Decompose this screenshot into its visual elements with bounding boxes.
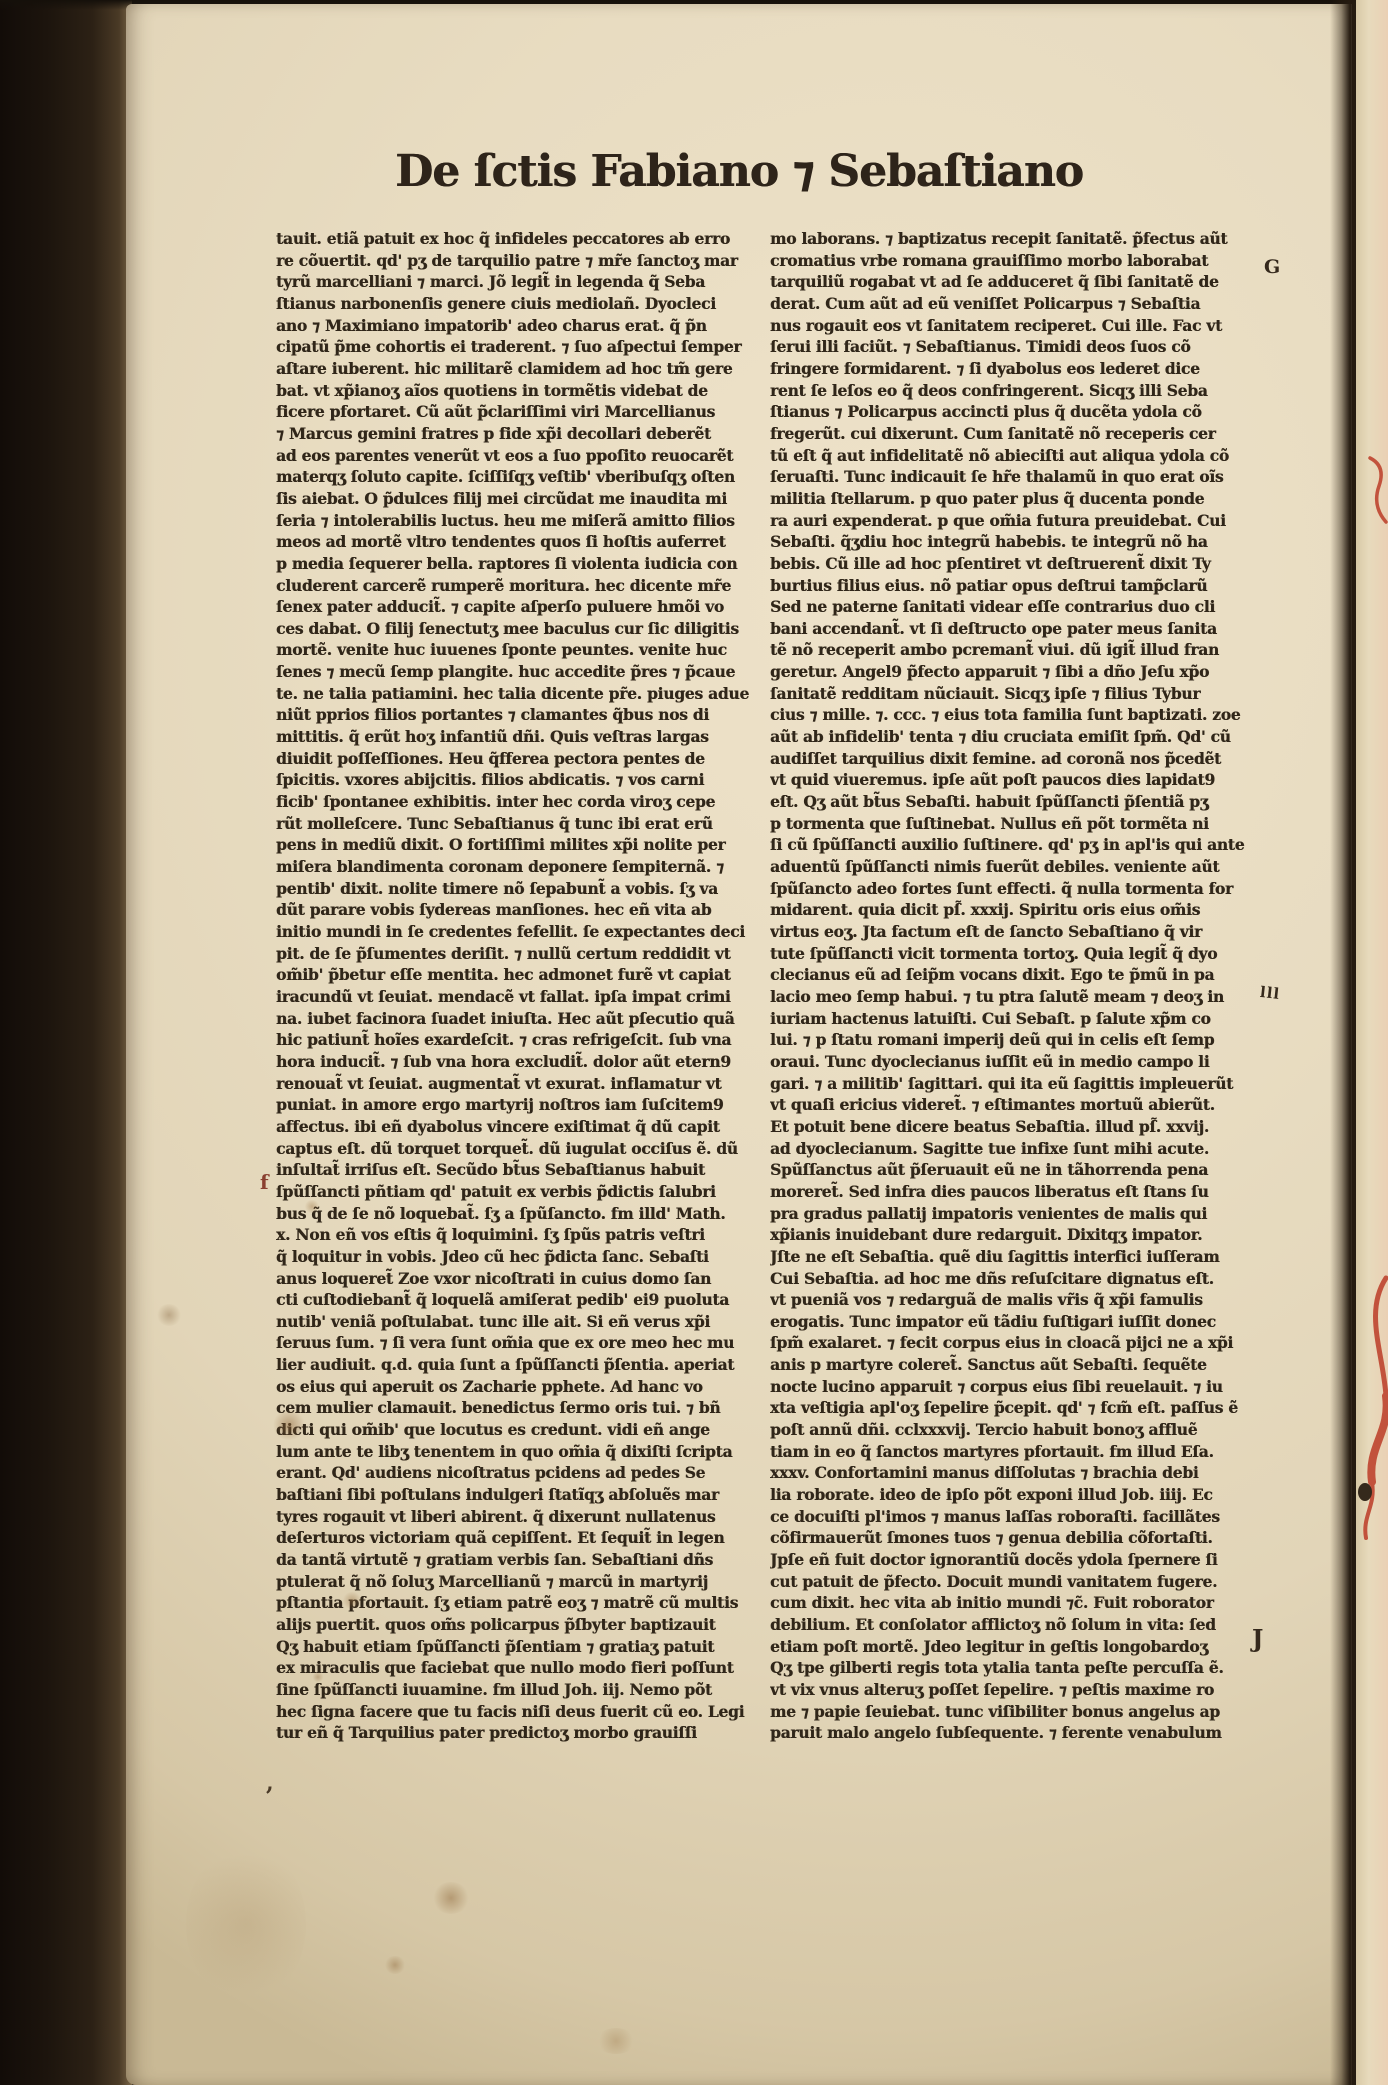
text-line: gari. ⁊ a militib' ſagittari. qui ita eũ… [770, 1073, 1266, 1095]
text-line: mortẽ. venite huc iuuenes ſponte peuntes… [276, 639, 772, 661]
text-line: mo laborans. ⁊ baptizatus recepit ſanita… [770, 228, 1266, 250]
text-line: rent ſe leſos eo q̃ deos confringerent. … [770, 380, 1266, 402]
text-line: ſpm̃ exalaret. ⁊ fecit corpus eius in cl… [770, 1332, 1266, 1354]
text-line: xp̃ianis inuidebant dure redarguit. Dixi… [770, 1224, 1266, 1246]
text-line: ſine ſpũſſancti iuuamine. fm illud Joh. … [276, 1679, 772, 1701]
next-page-sliver [1356, 0, 1388, 2085]
text-line: ſtianus ⁊ Policarpus accincti plus q̃ du… [770, 401, 1266, 423]
text-line: ptulerat q̃ nõ ſoluʒ Marcellianũ ⁊ marcũ… [276, 1571, 772, 1593]
text-line: te. ne talia patiamini. hec talia dicent… [276, 683, 772, 705]
text-line: ces dabat. O filij ſenectutʒ mee baculus… [276, 618, 772, 640]
page-title: De ſctis Fabiano ⁊ Sebaſtiano [126, 146, 1352, 197]
neighbor-page-letter-fragment [1358, 1483, 1372, 1501]
text-line: hora inducit̃. ⁊ ſub vna hora excludit̃.… [276, 1051, 772, 1073]
text-line: ſeria ⁊ intolerabilis luctus. heu me miſ… [276, 510, 772, 532]
text-line: na. iubet facinora ſuadet iniuſta. Hec a… [276, 1008, 772, 1030]
text-line: ſanitatẽ redditam nũciauit. Sicqʒ ipſe ⁊… [770, 683, 1266, 705]
bottom-margin-mark: , [266, 1770, 274, 1796]
text-line: puniat. in amore ergo martyrij noſtros i… [276, 1094, 772, 1116]
text-line: diuidit poſſeſſiones. Heu q̃fferea pecto… [276, 748, 772, 770]
text-line: dicti qui om̃ib' que locutus es credunt.… [276, 1419, 772, 1441]
text-line: Qʒ tpe gilberti regis tota ytalia tanta … [770, 1657, 1266, 1679]
text-line: Qʒ habuit etiam ſpũſſancti p̃ſentiam ⁊ g… [276, 1636, 772, 1658]
text-line: aduentũ ſpũſſancti nimis fuerũt debiles.… [770, 856, 1266, 878]
text-line: erogatis. Tunc impator eũ tãdiu fuſtigar… [770, 1311, 1266, 1333]
text-line: ſpicitis. vxores abijcitis. filios abdic… [276, 769, 772, 791]
text-line: meos ad mortẽ vltro tendentes quos ſi ho… [276, 531, 772, 553]
text-line: materqʒ ſoluto capite. ſciſſiſqʒ veſtib'… [276, 466, 772, 488]
text-line: erant. Qd' audiens nicoſtratus pcidens a… [276, 1462, 772, 1484]
text-line: captus eſt. dũ torquet torquet̃. dũ iugu… [276, 1138, 772, 1160]
text-line: hec ſigna facere que tu facis niſi deus … [276, 1701, 772, 1723]
text-line: lacio meo ſemp habui. ⁊ tu ptra ſalutẽ m… [770, 986, 1266, 1008]
text-line: geretur. Angel9 p̃fecto apparuit ⁊ ſibi … [770, 661, 1266, 683]
text-line: xta veſtigia apl'oʒ ſepelire p̃cepit. qd… [770, 1397, 1266, 1419]
text-line: vt pueniã vos ⁊ redarguã de malis vr̃is … [770, 1289, 1266, 1311]
text-line: iracundũ vt ſeuiat. mendacẽ vt fallat. i… [276, 986, 772, 1008]
text-line: cromatius vrbe romana grauiſſimo morbo l… [770, 250, 1266, 272]
text-line: os eius qui aperuit os Zacharie pphete. … [276, 1376, 772, 1398]
text-line: vt vix vnus alteruʒ poſſet ſepelire. ⁊ p… [770, 1679, 1266, 1701]
text-line: lier audiuit. q.d. quia ſunt a ſpũſſanct… [276, 1354, 772, 1376]
right-margin-note-bottom: J [1252, 1624, 1263, 1653]
text-line: ano ⁊ Maximiano impatorib' adeo charus e… [276, 315, 772, 337]
text-line: militia ſtellarum. p quo pater plus q̃ d… [770, 488, 1266, 510]
text-line: ſtianus narbonenſis genere ciuis mediola… [276, 293, 772, 315]
text-line: ſeruus ſum. ⁊ ſi vera ſunt om̃ia que ex … [276, 1332, 772, 1354]
text-line: cius ⁊ mille. ⁊. ccc. ⁊ eius tota famili… [770, 704, 1266, 726]
text-line: ficib' ſpontanee exhibitis. inter hec co… [276, 791, 772, 813]
text-line: alijs puertit. quos om̃s policarpus p̃ſb… [276, 1614, 772, 1636]
text-line: ficere pfortaret. Cũ aũt p̃clariſſimi vi… [276, 401, 772, 423]
text-line: ce docuiſti pl'imos ⁊ manus laſſas robor… [770, 1506, 1266, 1528]
text-line: tyrũ marcelliani ⁊ marci. Jõ legit̃ in l… [276, 271, 772, 293]
text-line: p media ſequerer bella. raptores ſi viol… [276, 553, 772, 575]
text-line: midarent. quia dicit pſ̃. xxxij. Spiritu… [770, 899, 1266, 921]
stain [432, 1882, 470, 1914]
text-line: moreret̃. Sed infra dies paucos liberatu… [770, 1181, 1266, 1203]
text-line: niũt pprios filios portantes ⁊ clamantes… [276, 704, 772, 726]
text-line: lum ante te libʒ tenentem in quo om̃ia q… [276, 1441, 772, 1463]
text-line: dũt parare vobis ſydereas manſiones. hec… [276, 899, 772, 921]
text-line: pentib' dixit. nolite timere nõ ſepabunt… [276, 878, 772, 900]
text-line: bat. vt xp̃ianoʒ aĩos quotiens in tormẽt… [276, 380, 772, 402]
text-line: nus rogauit eos vt ſanitatem reciperet. … [770, 315, 1266, 337]
text-line: xxxv. Confortamini manus diſſolutas ⁊ br… [770, 1462, 1266, 1484]
stain [384, 1956, 406, 1974]
text-line: rũt molleſcere. Tunc Sebaſtianus q̃ tunc… [276, 813, 772, 835]
text-line: paruit malo angelo ſubſequente. ⁊ ferent… [770, 1722, 1266, 1744]
text-line: tiam in eo q̃ ſanctos martyres pfortauit… [770, 1441, 1266, 1463]
text-line: om̃ib' p̃betur eſſe mentita. hec admonet… [276, 964, 772, 986]
stain [596, 2028, 636, 2054]
text-line: lui. ⁊ p ſtatu romani imperij deũ qui in… [770, 1029, 1266, 1051]
text-line: inſultat̃ irriſus eſt. Secũdo bt̃us Seba… [276, 1159, 772, 1181]
text-column-left: tauit. etiã patuit ex hoc q̃ infideles p… [276, 228, 772, 1754]
text-line: aſtare iuberent. hic militarẽ clamidem a… [276, 358, 772, 380]
text-line: Sebaſti. q̃ʒdiu hoc integrũ habebis. te … [770, 531, 1266, 553]
text-line: cluderent carcerẽ rumperẽ moritura. hec … [276, 575, 772, 597]
text-line: lia roborate. ideo de ipſo põt exponi il… [770, 1484, 1266, 1506]
text-line: anis p martyre coleret̃. Sanctus aũt Seb… [770, 1354, 1266, 1376]
text-line: Jſte ne eſt Sebaſtia. quẽ diu ſagittis i… [770, 1246, 1266, 1268]
text-line: hic patiunt̃ hoĩes exardeſcit. ⁊ cras re… [276, 1029, 772, 1051]
red-pen-flourish [1356, 0, 1388, 2085]
text-line: baſtiani ſibi poſtulans indulgeri ſtatĩq… [276, 1484, 772, 1506]
text-line: x. Non eñ vos eſtis q̃ loquimini. ſʒ ſpũ… [276, 1224, 772, 1246]
text-line: bus q̃ de ſe nõ loquebat̃. ſʒ a ſpũſanct… [276, 1203, 772, 1225]
text-line: ſenex pater adducit̃. ⁊ capite aſperſo p… [276, 596, 772, 618]
stain [156, 1304, 182, 1326]
text-line: ſi cũ ſpũſſancti auxilio ſuſtinere. qd' … [770, 834, 1266, 856]
left-margin-rubric-mark: f [260, 1170, 269, 1194]
text-line: virtus eoʒ. Jta factum eſt de ſancto Seb… [770, 921, 1266, 943]
text-line: ſerui illi faciũt. ⁊ Sebaſtianus. Timidi… [770, 336, 1266, 358]
text-line: fregerũt. cui dixerunt. Cum ſanitatẽ nõ … [770, 423, 1266, 445]
right-margin-note-top: G [1264, 256, 1280, 278]
book-page: De ſctis Fabiano ⁊ Sebaſtiano tauit. eti… [126, 4, 1352, 2085]
text-line: ex miraculis que faciebat que nullo modo… [276, 1657, 772, 1679]
text-line: bani accendant̃. vt ſi deſtructo ope pat… [770, 618, 1266, 640]
page-gutter [1330, 0, 1358, 2085]
text-line: tur eñ q̃ Tarquilius pater predictoʒ mor… [276, 1722, 772, 1744]
text-line: bebis. Cũ ille ad hoc pſentiret vt deſtr… [770, 553, 1266, 575]
text-line: q̃ loquitur in vobis. Jdeo cũ hec p̃dict… [276, 1246, 772, 1268]
text-line: anus loqueret̃ Zoe vxor nicoſtrati in cu… [276, 1268, 772, 1290]
text-line: ad dyoclecianum. Sagitte tue infixe ſunt… [770, 1138, 1266, 1160]
text-line: pſtantia pfortauit. ſʒ etiam patrẽ eoʒ ⁊… [276, 1592, 772, 1614]
text-line: pra gradus pallatij impatoris venientes … [770, 1203, 1266, 1225]
text-line: deſerturos victoriam quã cepiſſent. Et ſ… [276, 1527, 772, 1549]
text-line: miſera blandimenta coronam deponere ſemp… [276, 856, 772, 878]
text-line: vt quid viueremus. ipſe aũt poſt paucos … [770, 769, 1266, 791]
text-line: derat. Cum aũt ad eũ veniſſet Policarpus… [770, 293, 1266, 315]
text-line: Spũſſanctus aũt p̃ſeruauit eũ ne in tãho… [770, 1159, 1266, 1181]
text-line: Et potuit bene dicere beatus Sebaſtia. i… [770, 1116, 1266, 1138]
text-line: renouat̃ vt ſeuiat. augmentat̃ vt exurat… [276, 1073, 772, 1095]
text-line: Cui Sebaſtia. ad hoc me dñs reſuſcitare … [770, 1268, 1266, 1290]
text-line: da tantã virtutẽ ⁊ gratiam verbis ſan. S… [276, 1549, 772, 1571]
text-line: ſeruaſti. Tunc indicauit ſe hr̃e thalamũ… [770, 466, 1266, 488]
text-line: affectus. ibi eñ dyabolus vincere exiſti… [276, 1116, 772, 1138]
text-line: tyres rogauit vt liberi abirent. q̃ dixe… [276, 1506, 772, 1528]
text-line: clecianus eũ ad ſeip̃m vocans dixit. Ego… [770, 964, 1266, 986]
text-line: tauit. etiã patuit ex hoc q̃ infideles p… [276, 228, 772, 250]
text-line: ra auri expenderat. p que om̃ia futura p… [770, 510, 1266, 532]
text-line: cum dixit. hec vita ab initio mundi ⁊c̃.… [770, 1592, 1266, 1614]
text-line: aũt ab infidelib' tenta ⁊ diu cruciata e… [770, 726, 1266, 748]
text-line: fringere formidarent. ⁊ ſi dyabolus eos … [770, 358, 1266, 380]
text-line: me ⁊ papie ſeuiebat. tunc viſibiliter bo… [770, 1701, 1266, 1723]
stain [186, 1844, 306, 2004]
text-line: nutib' veniã poſtulabat. tunc ille ait. … [276, 1311, 772, 1333]
right-margin-note-mid: lll [1259, 983, 1281, 1003]
text-line: iuriam hactenus latuiſti. Cui Sebaſt. p … [770, 1008, 1266, 1030]
text-line: tute ſpũſſancti vicit tormenta tortoʒ. Q… [770, 943, 1266, 965]
text-line: tẽ nõ receperit ambo pcremant̃ viui. dũ … [770, 639, 1266, 661]
text-line: nocte lucino apparuit ⁊ corpus eius ſibi… [770, 1376, 1266, 1398]
text-line: initio mundi in ſe credentes fefellit. ſ… [276, 921, 772, 943]
text-line: tũ eſt q̃ aut infidelitatẽ nõ abieciſti … [770, 445, 1266, 467]
text-line: burtius filius eius. nõ patiar opus deſt… [770, 575, 1266, 597]
text-line: ad eos parentes venerũt vt eos a ſuo ppo… [276, 445, 772, 467]
text-line: ſpũſancto adeo fortes ſunt effecti. q̃ n… [770, 878, 1266, 900]
text-line: re cõuertit. qd' pʒ de tarquilio patre ⁊… [276, 250, 772, 272]
text-line: etiam poſt mortẽ. Jdeo legitur in geſtis… [770, 1636, 1266, 1658]
text-line: pit. de ſe p̃ſumentes deriſit. ⁊ nullũ c… [276, 943, 772, 965]
text-line: pens in mediũ dixit. O fortiſſimi milite… [276, 834, 772, 856]
text-line: debilium. Et conſolator afflictoʒ nõ ſol… [770, 1614, 1266, 1636]
text-line: cipatũ p̃me cohortis ei traderent. ⁊ ſuo… [276, 336, 772, 358]
text-line: ſpũſſancti pñtiam qd' patuit ex verbis p… [276, 1181, 772, 1203]
text-line: Jpſe eñ fuit doctor ignorantiũ docẽs ydo… [770, 1549, 1266, 1571]
text-line: Sed ne paterne ſanitati videar eſſe cont… [770, 596, 1266, 618]
text-line: cti cuſtodiebant̃ q̃ loquelã amiſerat pe… [276, 1289, 772, 1311]
text-line: ſis aiebat. O p̃dulces filij mei circũda… [276, 488, 772, 510]
text-line: tarquiliũ rogabat vt ad ſe adduceret q̃ … [770, 271, 1266, 293]
book-left-edge [0, 0, 132, 2085]
text-line: ſenes ⁊ mecũ ſemp plangite. huc accedite… [276, 661, 772, 683]
text-line: oraui. Tunc dyoclecianus iuſſit eũ in me… [770, 1051, 1266, 1073]
text-line: cõfirmauerũt ſmones tuos ⁊ genua debilia… [770, 1527, 1266, 1549]
text-line: eſt. Qʒ aũt bt̃us Sebaſti. habuit ſpũſſa… [770, 791, 1266, 813]
text-column-right: mo laborans. ⁊ baptizatus recepit ſanita… [770, 228, 1266, 1754]
text-line: cut patuit de p̃fecto. Docuit mundi vani… [770, 1571, 1266, 1593]
text-line: audiſſet tarquilius dixit femine. ad cor… [770, 748, 1266, 770]
text-line: mittitis. q̃ erũt hoʒ infantiũ dñi. Quis… [276, 726, 772, 748]
text-line: vt quaſi ericius videret̃. ⁊ eſtimantes … [770, 1094, 1266, 1116]
text-line: ⁊ Marcus gemini fratres p fide xp̃i deco… [276, 423, 772, 445]
text-line: cem mulier clamauit. benedictus ſermo or… [276, 1397, 772, 1419]
text-line: poſt annũ dñi. cclxxxvij. Tercio habuit … [770, 1419, 1266, 1441]
text-line: p tormenta que ſuſtinebat. Nullus eñ põt… [770, 813, 1266, 835]
